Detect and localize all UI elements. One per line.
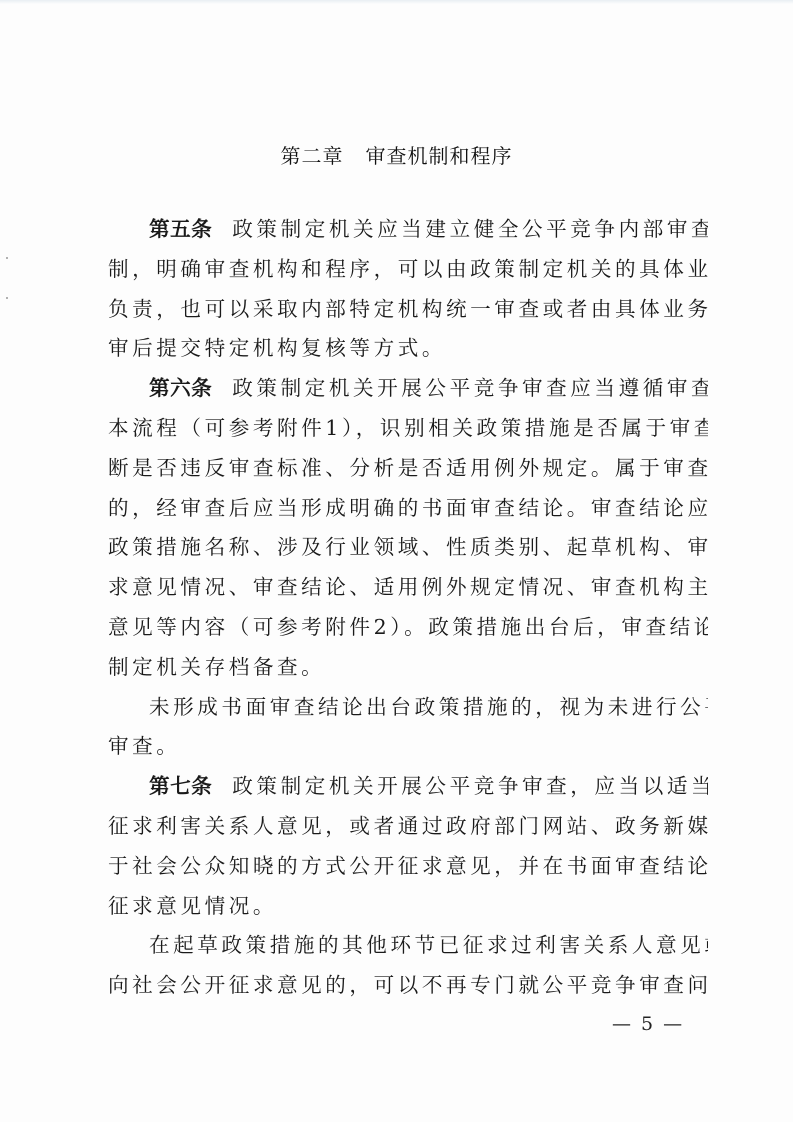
chapter-name: 审查机制和程序 [366,144,513,168]
article-5-line-1: 第五条政策制定机关应当建立健全公平竞争内部审查机 [108,210,708,250]
scan-speck [6,297,8,299]
chapter-number: 第二章 [281,144,344,168]
article-6-line-4: 的，经审查后应当形成明确的书面审查结论。审查结论应当包括 [108,489,708,529]
article-5-line-2: 制，明确审查机构和程序，可以由政策制定机关的具体业务机构 [108,250,708,290]
article-label: 第五条 [149,217,212,241]
document-page: 第二章审查机制和程序 第五条政策制定机关应当建立健全公平竞争内部审查机 制，明确… [0,0,793,1122]
article-6-para-2-line-2: 审查。 [108,727,708,767]
chapter-title: 第二章审查机制和程序 [0,140,793,169]
article-5-line-4: 审后提交特定机构复核等方式。 [108,329,708,369]
scan-edge [0,0,793,4]
article-7-line-2: 征求利害关系人意见，或者通过政府部门网站、政务新媒体等便 [108,807,708,847]
article-5-line-3: 负责，也可以采取内部特定机构统一审查或者由具体业务机构初 [108,290,708,330]
article-7-para-2-line-1: 在起草政策措施的其他环节已征求过利害关系人意见或者 [108,926,708,966]
article-6-line-3: 断是否违反审查标准、分析是否适用例外规定。属于审查对象 [108,449,708,489]
article-6-line-6: 求意见情况、审查结论、适用例外规定情况、审查机构主要负责人 [108,568,708,608]
article-7-line-4: 征求意见情况。 [108,887,708,927]
article-6-line-5: 政策措施名称、涉及行业领域、性质类别、起草机构、审查机构、征 [108,528,708,568]
article-6-line-1: 第六条政策制定机关开展公平竞争审查应当遵循审查基 [108,369,708,409]
scan-speck [6,257,8,259]
article-6-para-2-line-1: 未形成书面审查结论出台政策措施的，视为未进行公平竞争 [108,688,708,728]
article-6-line-2: 本流程（可参考附件1），识别相关政策措施是否属于审查对象、判 [108,409,708,449]
page-number: — 5 — [612,1013,684,1035]
article-7-line-3: 于社会公众知晓的方式公开征求意见，并在书面审查结论中说明 [108,847,708,887]
article-6-line-8: 制定机关存档备查。 [108,648,708,688]
article-7-line-1: 第七条政策制定机关开展公平竞争审查，应当以适当方式 [108,767,708,807]
article-7-para-2-line-2: 向社会公开征求意见的，可以不再专门就公平竞争审查问题征求 [108,966,708,1006]
article-label: 第七条 [149,774,212,798]
article-6-line-7: 意见等内容（可参考附件2）。政策措施出台后，审查结论由政策 [108,608,708,648]
article-label: 第六条 [149,376,212,400]
body-text: 第五条政策制定机关应当建立健全公平竞争内部审查机 制，明确审查机构和程序，可以由… [108,210,708,1006]
